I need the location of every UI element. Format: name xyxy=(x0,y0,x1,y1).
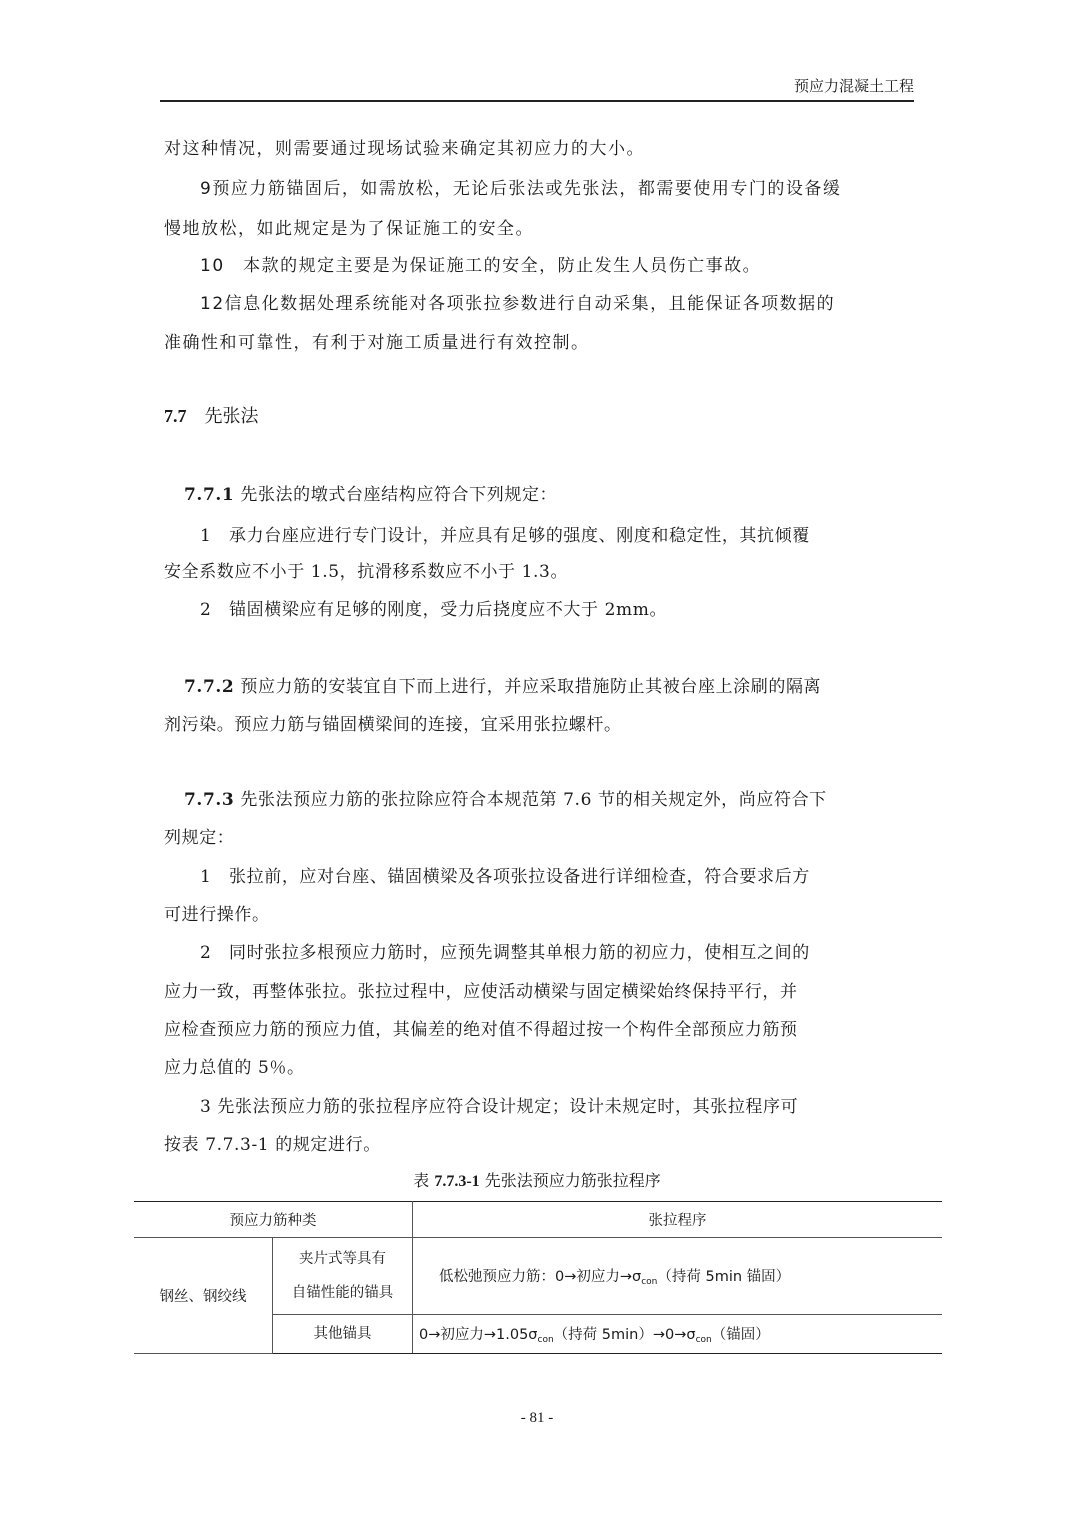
header-procedure: 张拉程序 xyxy=(413,1202,943,1238)
clause-text: 先张法的墩式台座结构应符合下列规定： xyxy=(240,485,557,505)
anchor-line: 自锚性能的锚具 xyxy=(273,1276,412,1310)
section-title: 先张法 xyxy=(205,406,259,427)
tensioning-procedure-table: 预应力筋种类 张拉程序 钢丝、钢绞线 夹片式等具有 自锚性能的锚具 低松弛预应力… xyxy=(134,1201,942,1354)
clause-7-7-1: 7.7.1 先张法的墩式台座结构应符合下列规定： xyxy=(164,485,932,506)
caption-title: 先张法预应力筋张拉程序 xyxy=(485,1171,661,1190)
table-row: 钢丝、钢绞线 夹片式等具有 自锚性能的锚具 低松弛预应力筋：0→初应力→σcon… xyxy=(134,1238,942,1315)
clause-item: 可进行操作。 xyxy=(164,905,912,926)
subscript: con xyxy=(696,1335,712,1345)
procedure-text: （持荷 5min 锚固） xyxy=(657,1269,790,1285)
section-number: 7.7 xyxy=(164,406,187,426)
procedure-text: 0→初应力→1.05σ xyxy=(419,1327,538,1343)
cell-anchor-type: 夹片式等具有 自锚性能的锚具 xyxy=(273,1238,413,1315)
clause-item: 3 先张法预应力筋的张拉程序应符合设计规定；设计未规定时，其张拉程序可 xyxy=(164,1097,948,1118)
clause-7-7-2: 7.7.2 预应力筋的安装宜自下而上进行，并应采取措施防止其被台座上涂刷的隔离 xyxy=(164,677,932,698)
clause-item: 2 同时张拉多根预应力筋时，应预先调整其单根力筋的初应力，使相互之间的 xyxy=(164,943,948,964)
subscript: con xyxy=(538,1335,554,1345)
clause-item: 2 锚固横梁应有足够的刚度，受力后挠度应不大于 2mm。 xyxy=(164,600,948,621)
procedure-text: （持荷 5min）→0→σ xyxy=(554,1327,696,1343)
paragraph-line: 准确性和可靠性，有利于对施工质量进行有效控制。 xyxy=(164,333,912,354)
clause-item: 安全系数应不小于 1.5，抗滑移系数应不小于 1.3。 xyxy=(164,562,912,583)
clause-number: 7.7.2 xyxy=(184,677,234,697)
clause-text: 列规定： xyxy=(164,828,912,849)
procedure-text: （锚固） xyxy=(712,1327,770,1343)
table-caption: 表 7.7.3-1 先张法预应力筋张拉程序 xyxy=(0,1170,1074,1193)
procedure-text: 低松弛预应力筋：0→初应力→σ xyxy=(439,1269,641,1285)
caption-number: 7.7.3-1 xyxy=(434,1173,479,1190)
clause-7-7-3: 7.7.3 先张法预应力筋的张拉除应符合本规范第 7.6 节的相关规定外，尚应符… xyxy=(164,790,932,811)
clause-item: 应检查预应力筋的预应力值，其偏差的绝对值不得超过按一个构件全部预应力筋预 xyxy=(164,1020,912,1041)
paragraph-line: 9预应力筋锚固后，如需放松，无论后张法或先张法，都需要使用专门的设备缓 xyxy=(164,179,948,200)
clause-number: 7.7.1 xyxy=(184,485,234,505)
clause-number: 7.7.3 xyxy=(184,790,234,810)
anchor-line: 夹片式等具有 xyxy=(273,1242,412,1276)
clause-item: 应力一致，再整体张拉。张拉过程中，应使活动横梁与固定横梁始终保持平行，并 xyxy=(164,982,912,1003)
section-heading: 7.7先张法 xyxy=(164,404,259,429)
paragraph-line: 12信息化数据处理系统能对各项张拉参数进行自动采集，且能保证各项数据的 xyxy=(164,294,948,315)
header-title: 预应力混凝土工程 xyxy=(794,76,914,96)
clause-item: 应力总值的 5％。 xyxy=(164,1058,912,1079)
cell-tendon-type: 钢丝、钢绞线 xyxy=(134,1238,273,1354)
clause-item: 1 张拉前，应对台座、锚固横梁及各项张拉设备进行详细检查，符合要求后方 xyxy=(164,867,948,888)
clause-text: 预应力筋的安装宜自下而上进行，并应采取措施防止其被台座上涂刷的隔离 xyxy=(240,677,821,697)
clause-item: 1 承力台座应进行专门设计，并应具有足够的强度、刚度和稳定性，其抗倾覆 xyxy=(164,526,948,547)
clause-text: 先张法预应力筋的张拉除应符合本规范第 7.6 节的相关规定外，尚应符合下 xyxy=(240,790,826,810)
subscript: con xyxy=(641,1277,657,1287)
page-number: - 81 - xyxy=(0,1410,1074,1427)
page-header: 预应力混凝土工程 xyxy=(160,76,914,102)
cell-anchor-type: 其他锚具 xyxy=(273,1315,413,1354)
clause-text: 剂污染。预应力筋与锚固横梁间的连接，宜采用张拉螺杆。 xyxy=(164,715,912,736)
paragraph-line: 对这种情况，则需要通过现场试验来确定其初应力的大小。 xyxy=(164,139,912,160)
cell-procedure: 低松弛预应力筋：0→初应力→σcon（持荷 5min 锚固） xyxy=(413,1238,943,1315)
paragraph-line: 慢地放松，如此规定是为了保证施工的安全。 xyxy=(164,219,912,240)
cell-procedure: 0→初应力→1.05σcon（持荷 5min）→0→σcon（锚固） xyxy=(413,1315,943,1354)
caption-prefix: 表 xyxy=(413,1171,429,1190)
clause-item: 按表 7.7.3-1 的规定进行。 xyxy=(164,1135,912,1156)
header-tendon-type: 预应力筋种类 xyxy=(134,1202,413,1238)
paragraph-line: 10 本款的规定主要是为保证施工的安全，防止发生人员伤亡事故。 xyxy=(164,256,948,277)
table-header-row: 预应力筋种类 张拉程序 xyxy=(134,1202,942,1238)
